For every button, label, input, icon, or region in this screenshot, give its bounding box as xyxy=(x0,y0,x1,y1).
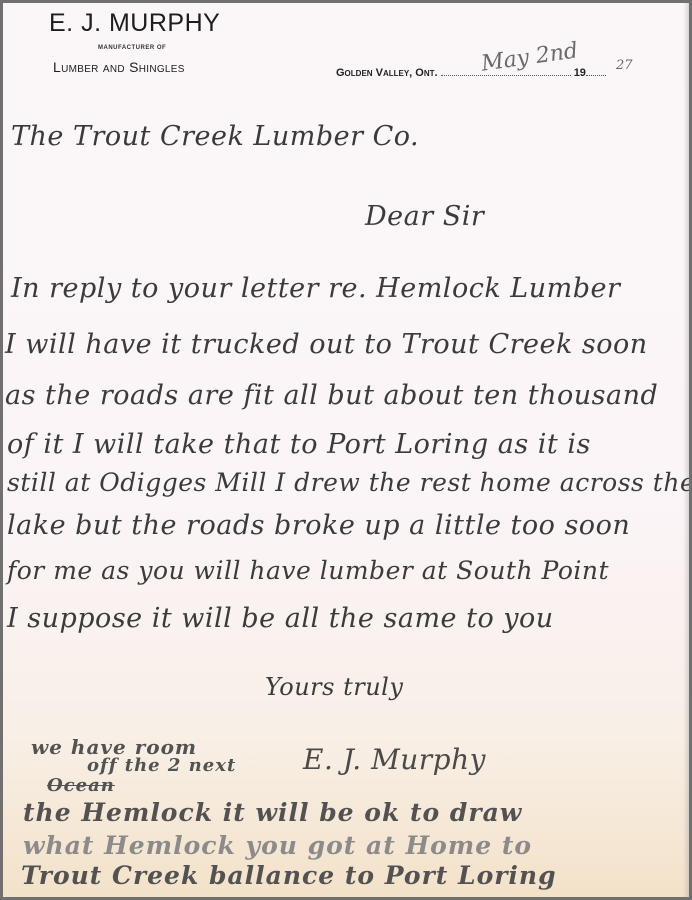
body-line: still at Odigges Mill I drew the rest ho… xyxy=(7,468,692,497)
body-line: I will have it trucked out to Trout Cree… xyxy=(5,329,648,360)
body-line: of it I will take that to Port Loring as… xyxy=(7,429,591,460)
postscript-line: Trout Creek ballance to Port Loring xyxy=(21,861,557,890)
postscript-line: off the 2 next xyxy=(87,755,236,776)
postscript-line: what Hemlock you got at Home to xyxy=(23,831,532,860)
addressee: The Trout Creek Lumber Co. xyxy=(11,121,419,152)
body-line: In reply to your letter re. Hemlock Lumb… xyxy=(11,273,620,304)
letterhead-products: Lumber and Shingles xyxy=(53,59,185,75)
body-line: as the roads are fit all but about ten t… xyxy=(5,380,658,411)
body-line: lake but the roads broke up a little too… xyxy=(7,510,630,541)
letterhead-tagline: MANUFACTURER OF xyxy=(98,45,166,51)
closing: Yours truly xyxy=(265,673,403,701)
postscript-line: the Hemlock it will be ok to draw xyxy=(23,798,522,827)
body-line: for me as you will have lumber at South … xyxy=(7,556,609,585)
handwritten-year: 27 xyxy=(616,58,633,73)
letterhead-year-prefix: 19 xyxy=(574,67,586,79)
year-dotted-line xyxy=(586,65,606,76)
letterhead-company: E. J. MURPHY xyxy=(49,9,220,38)
body-line: I suppose it will be all the same to you xyxy=(7,603,554,634)
postscript-struck-word: Ocean xyxy=(47,775,115,796)
page-edge-shadow xyxy=(683,3,689,897)
signature: E. J. Murphy xyxy=(303,743,486,776)
letterhead-place-line: Golden Valley, Ont. 19 xyxy=(336,65,606,79)
salutation: Dear Sir xyxy=(365,201,484,232)
letterhead-place: Golden Valley, Ont. xyxy=(336,67,438,79)
letter-page: E. J. MURPHY MANUFACTURER OF Lumber and … xyxy=(0,0,692,900)
